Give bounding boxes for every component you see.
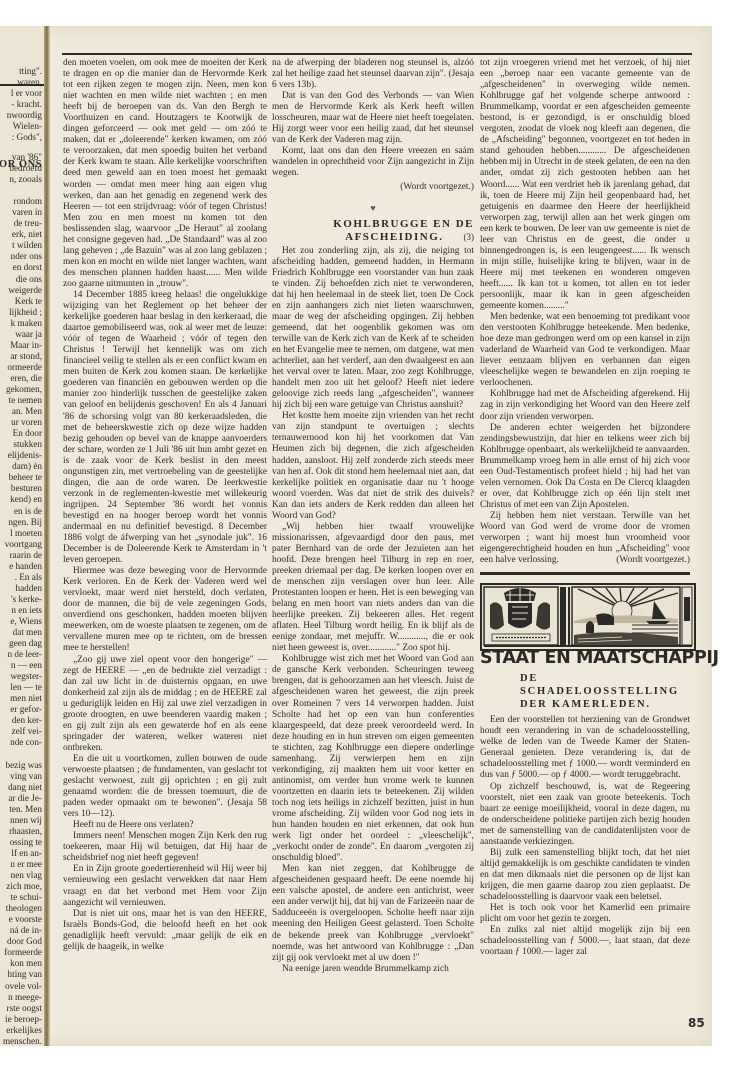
paragraph: Bij zulk een samenstelling blijkt toch, … (480, 848, 690, 903)
strip-line: erk, niet (0, 229, 42, 240)
paragraph: 14 December 1885 kreeg helaas! die ongel… (63, 290, 267, 566)
strip-line: : Gods", (0, 132, 42, 143)
strip-line: tting". (0, 66, 42, 77)
strip-line: varen in (0, 207, 42, 218)
paragraph: En die uit u voortkomen, zullen bouwen d… (63, 754, 267, 820)
strip-line: theologen (0, 903, 42, 914)
strip-line: nnen wij (0, 815, 42, 826)
strip-line: die ons (0, 274, 42, 285)
strip-line: en dorst (0, 262, 42, 273)
strip-line: n meege- (0, 992, 42, 1003)
strip-line: e, Wiens (0, 616, 42, 627)
top-rule (62, 53, 692, 55)
paragraph: Dat is van den God des Verbonds — van Wi… (272, 91, 474, 146)
strip-line: En door (0, 428, 42, 439)
paragraph: den moeten voelen, om ook mee de moeiten… (63, 58, 267, 290)
article-title: KOHLBRUGGE EN DE AFSCHEIDING.(3) (272, 218, 474, 244)
strip-line: ving van (0, 771, 42, 782)
strip-line: zich moe, (0, 881, 42, 892)
strip-line: ten. Men (0, 804, 42, 815)
strip-line: Wielen- (0, 121, 42, 132)
strip-line: eren, die (0, 373, 42, 384)
strip-line: ar stond, (0, 351, 42, 362)
strip-line: e voorste (0, 914, 42, 925)
strip-line: l moeten (0, 528, 42, 539)
strip-line: nen vlag (0, 870, 42, 881)
strip-line: elijdenis- (0, 450, 42, 461)
strip-line: ná de in- (0, 925, 42, 936)
strip-line: . En als (0, 572, 42, 583)
paragraph: Men bedenke, wat een benoeming tot predi… (480, 312, 690, 389)
paragraph: Na eenige jaren wendde Brummelkamp zich (272, 964, 474, 975)
strip-line: voortgang (0, 539, 42, 550)
paragraph: Komt, laat ons dan den Heere vreezen en … (272, 146, 474, 179)
strip-line: n er mee (0, 859, 42, 870)
page-gutter (44, 26, 50, 1046)
strip-line: kon men (0, 958, 42, 969)
strip-line: - kracht. (0, 99, 42, 110)
strip-line: nder ons (0, 251, 42, 262)
strip-line: weigerde (0, 285, 42, 296)
strip-top-text: tting".waren,l er voor- kracht.nwoordigW… (0, 66, 42, 143)
strip-line: en is de (0, 506, 42, 517)
strip-line: stukken (0, 439, 42, 450)
strip-line: nde con- (0, 737, 42, 748)
strip-line: ossing te (0, 837, 42, 848)
strip-line: erkelijkes (0, 1025, 42, 1036)
strip-line: zelf vei- (0, 726, 42, 737)
strip-line: men niet (0, 693, 42, 704)
strip-line: ie beroep- (0, 1014, 42, 1025)
paragraph: „Wij hebben hier twaalf vrouwelijke miss… (272, 522, 474, 655)
strip-line (0, 185, 42, 196)
strip-line: de treu- (0, 218, 42, 229)
strip-line: te schui- (0, 892, 42, 903)
article-title-line2: AFSCHEIDING.(3) (272, 231, 474, 244)
strip-line: den ker- (0, 715, 42, 726)
article-subtitle: DE SCHADELOOSSTELLING DER KAMERLEDEN. (520, 672, 690, 711)
strip-line: n en iets (0, 605, 42, 616)
strip-line: n de leer- (0, 649, 42, 660)
paragraph: Heeft nu de Heere ons verlaten? (63, 820, 267, 831)
strip-line: dam) èn (0, 461, 42, 472)
strip-line: rhaasten, (0, 826, 42, 837)
column-3-paragraphs-part2: Een der voorstellen tot herziening van d… (480, 715, 690, 958)
strip-line: door God (0, 936, 42, 947)
previous-page-strip: tting".waren,l er voor- kracht.nwoordigW… (0, 26, 44, 1046)
article-number: (3) (464, 232, 475, 242)
paragraph: Op zichzelf beschouwd, is, wat de Regeer… (480, 782, 690, 848)
strip-line: len — te (0, 682, 42, 693)
strip-line: beheer te (0, 472, 42, 483)
heart-ornament-icon: ♥ (272, 203, 474, 214)
paragraph: En in Zijn groote goedertierenheid wil H… (63, 864, 267, 908)
paragraph: Het zou zonderling zijn, als zij, die ne… (272, 246, 474, 412)
strip-line: lf en an- (0, 848, 42, 859)
paragraph: En zulks zal niet altijd mogelijk zijn b… (480, 925, 690, 958)
strip-line: te nemen (0, 395, 42, 406)
strip-line: besturen (0, 483, 42, 494)
strip-line: rondom (0, 196, 42, 207)
strip-line: kend) en (0, 494, 42, 505)
strip-line: wegster- (0, 671, 42, 682)
strip-line: nwoordig (0, 110, 42, 121)
strip-line: er gefor- (0, 704, 42, 715)
strip-line: menschen. (0, 1036, 42, 1046)
strip-line: ur voren (0, 417, 42, 428)
strip-line: formeerde (0, 947, 42, 958)
strip-line: ar die Je- (0, 793, 42, 804)
strip-line: hadden (0, 583, 42, 594)
strip-line: waren, (0, 77, 42, 88)
strip-line: ngen. Bij (0, 517, 42, 528)
strip-line: ormeerde (0, 362, 42, 373)
strip-line: an. Men (0, 406, 42, 417)
strip-line: hting van (0, 969, 42, 980)
continued-note: (Wordt voortgezet.) (272, 182, 474, 193)
paragraph: Immers neen! Menschen mogen Zijn Kerk de… (63, 831, 267, 864)
paragraph: na de afwerping der bladeren nog steunse… (272, 58, 474, 91)
strip-line: raarin de (0, 550, 42, 561)
strip-line: dang niet (0, 782, 42, 793)
strip-line: rste oogst (0, 1003, 42, 1014)
strip-line: lijkheid ; (0, 307, 42, 318)
article-title-line1: KOHLBRUGGE EN DE (272, 218, 474, 231)
strip-line: n — een (0, 660, 42, 671)
strip-line: l er voor (0, 88, 42, 99)
strip-line: waar ja (0, 329, 42, 340)
strip-line: van '86" (0, 152, 42, 163)
woodcut-illustration-icon (482, 585, 694, 649)
strip-line: bedroefd (0, 163, 42, 174)
section-divider (480, 572, 690, 575)
paragraph: Dat is niet uit ons, maar het is van den… (63, 909, 267, 953)
paragraph: „Zoo gij uwe ziel opent voor den hongeri… (63, 655, 267, 754)
strip-line: n, zooals (0, 174, 42, 185)
paragraph: De anderen echter weigerden het bijzonde… (480, 423, 690, 511)
paragraph: Een der voorstellen tot herziening van d… (480, 715, 690, 781)
column-2-paragraphs-part2: Het zou zonderling zijn, als zij, die ne… (272, 246, 474, 975)
strip-line: geen dag (0, 638, 42, 649)
paragraph: tot zijn vroegeren vriend met het verzoe… (480, 58, 690, 312)
column-3: tot zijn vroegeren vriend met het verzoe… (480, 58, 690, 958)
section-heading-staat-en-maatschappij: STAAT EN MAATSCHAPPIJ (480, 653, 690, 664)
article-subtitle-line1: DE SCHADELOOSSTELLING (520, 672, 690, 698)
staat-en-maatschappij-banner (480, 583, 696, 651)
column-2-paragraphs-part1: na de afwerping der bladeren nog steunse… (272, 58, 474, 180)
strip-line: 's kerke- (0, 594, 42, 605)
page-number: 85 (688, 1016, 705, 1030)
strip-line: ovele vol- (0, 981, 42, 992)
column-1: den moeten voelen, om ook mee de moeiten… (63, 58, 267, 953)
strip-line: k maken (0, 318, 42, 329)
paragraph: Kohlbrugge had met de Afscheiding afgere… (480, 389, 690, 422)
strip-line: dat men (0, 627, 42, 638)
strip-line: e handen (0, 561, 42, 572)
strip-line: Kerk te (0, 296, 42, 307)
strip-line: bezig was (0, 760, 42, 771)
strip-line: Maar in- (0, 340, 42, 351)
paragraph: Hiermee was deze beweging voor de Hervor… (63, 566, 267, 654)
strip-bottom-text: van '86"bedroefdn, zooals rondomvaren in… (0, 152, 42, 1046)
paragraph: Het kostte hem moeite zijn vrienden van … (272, 411, 474, 521)
article-subtitle-line2: DER KAMERLEDEN. (520, 698, 690, 711)
paragraph: Het is toch ook voor het Kamerlid een pr… (480, 903, 690, 925)
paragraph: Men kan niet zeggen, dat Kohlbrugge de a… (272, 864, 474, 963)
strip-line: t wilden (0, 240, 42, 251)
strip-line (0, 749, 42, 760)
strip-line: gekomen, (0, 384, 42, 395)
column-2: na de afwerping der bladeren nog steunse… (272, 58, 474, 975)
paragraph: Kohlbrugge wist zich met het Woord van G… (272, 654, 474, 864)
column-3-paragraphs-part1: tot zijn vroegeren vriend met het verzoe… (480, 58, 690, 566)
